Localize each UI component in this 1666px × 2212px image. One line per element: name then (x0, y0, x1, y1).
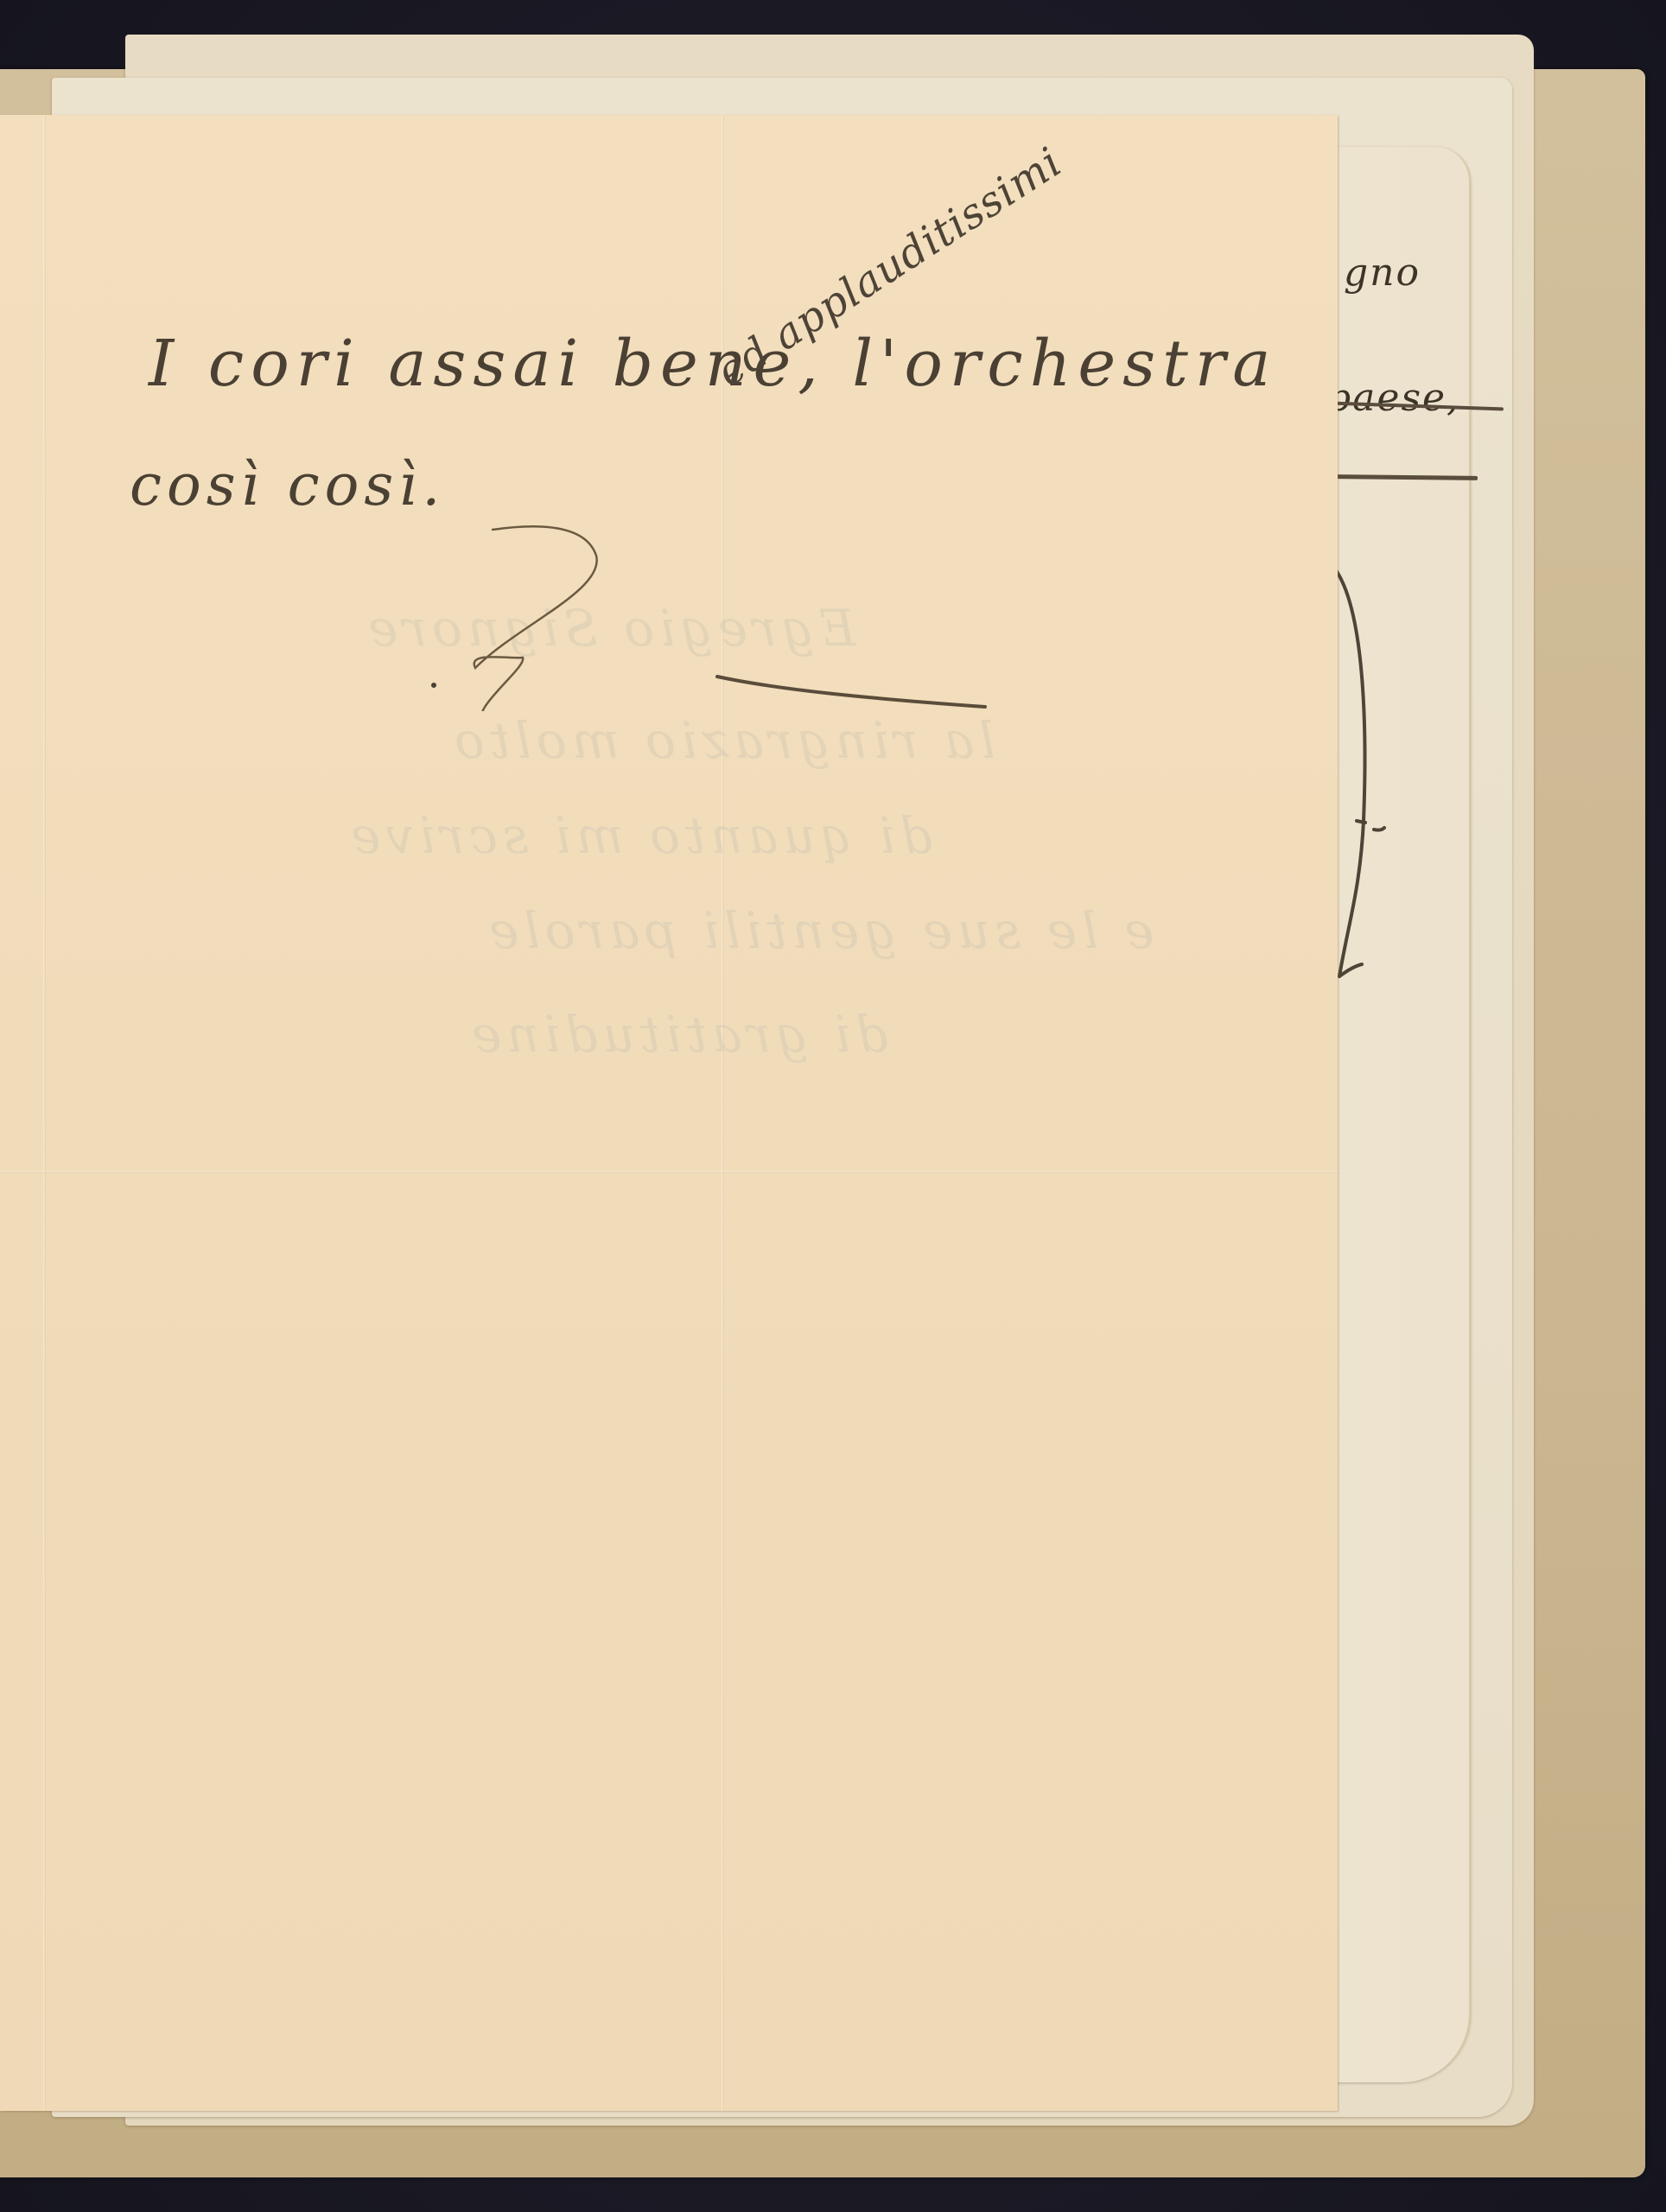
bleed-through-text: la ringrazio molto (449, 711, 995, 770)
bleed-through-text: e le sue gentili parole (484, 901, 1154, 960)
fold-crease-horizontal (0, 1171, 1338, 1173)
fold-crease-center (722, 115, 724, 2111)
letter-line-2: così così. (130, 452, 445, 518)
signature-flourish-icon (415, 495, 1002, 711)
bleed-through-text: di quanto mi scrive (346, 806, 932, 865)
underlying-text-fragment: paese, (1326, 376, 1460, 420)
fold-crease-left (43, 115, 46, 2111)
rule-stroke (1335, 474, 1478, 480)
underlying-text-fragment: gno (1344, 251, 1421, 295)
bleed-through-text: di gratitudine (467, 1005, 887, 1064)
letter-page: Egregio Signore la ringrazio molto di qu… (0, 115, 1338, 2111)
bracket-stroke (1331, 562, 1400, 994)
ink-mark (1331, 812, 1391, 838)
